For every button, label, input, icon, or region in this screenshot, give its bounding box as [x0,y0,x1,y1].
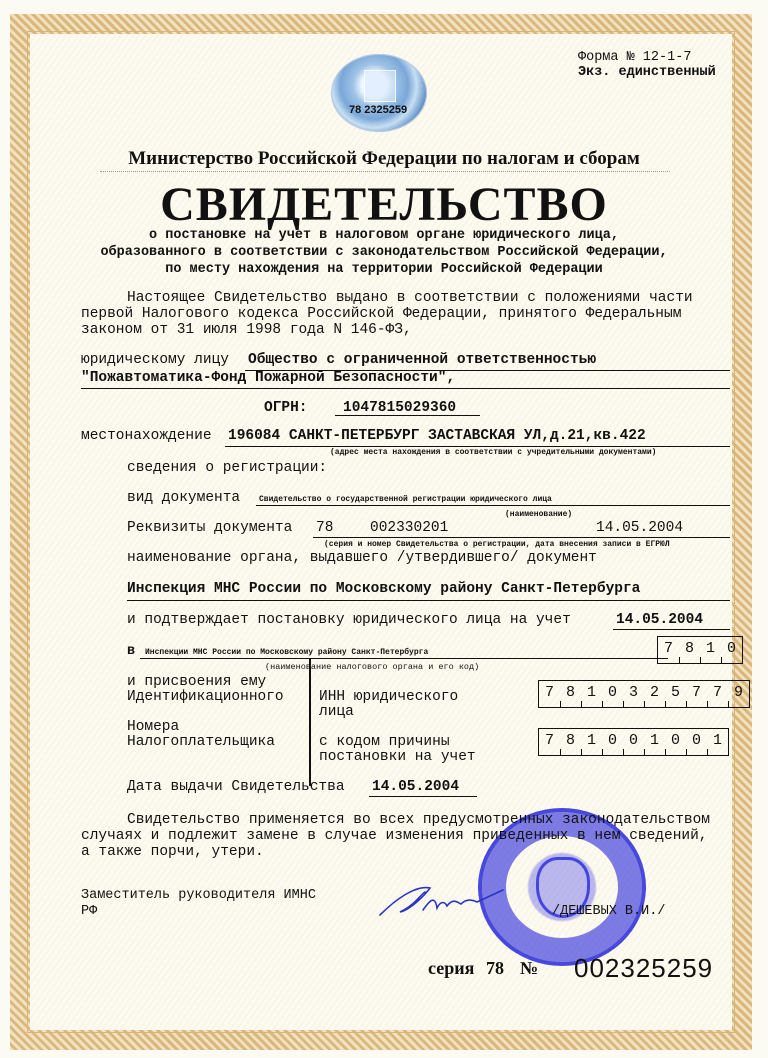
inn-digit: 7 [707,681,728,707]
tax-office-code-digit: 8 [679,637,700,663]
series-value: 78 [486,958,504,979]
state-emblem-icon [364,70,396,102]
intro-line-2: первой Налогового кодекса Российской Фед… [81,306,681,322]
issue-date: 14.05.2004 [372,779,459,795]
tax-office-prefix: в [127,644,135,659]
confirmation-date: 14.05.2004 [616,612,703,628]
inn-digit: 8 [560,681,581,707]
inn-digit: 2 [644,681,665,707]
doc-type-underline [256,505,730,506]
kpp-digit: 7 [539,729,560,755]
handwritten-signature-icon [375,880,505,920]
inn-label-line-1: ИНН юридического [319,689,458,705]
registration-heading: сведения о регистрации: [127,460,327,476]
serial-number: 002325259 [574,953,713,984]
kpp-digit: 1 [644,729,665,755]
kpp-label-line-1: с кодом причины [319,734,450,750]
usage-line-3: а также порчи, утери. [81,844,264,860]
tax-office-caption: (наименование налогового органа и его ко… [265,662,479,672]
requisites-number: 002330201 [370,520,448,536]
ministry-divider [100,171,670,172]
assignment-left-4: Номера [127,719,179,735]
intro-line-3: законом от 31 июля 1998 года N 146-ФЗ, [81,322,412,338]
issue-label: Дата выдачи Свидетельства [127,779,345,795]
copy-label: Экз. единственный [578,65,716,80]
tax-office-code-box: 7810 [657,636,743,664]
inn-digit: 0 [602,681,623,707]
entity-label: юридическому лицу [81,352,229,368]
inn-box: 7810325779 [538,680,750,708]
inn-label-line-2: лица [319,704,354,720]
kpp-digit: 1 [707,729,728,755]
issuer-underline [127,600,730,601]
series-label: серия [428,958,474,979]
form-number: Форма № 12-1-7 [578,50,691,65]
signatory-title-line-1: Заместитель руководителя ИМНС [81,888,316,903]
signatory-title-line-2: РФ [81,904,97,919]
document-title: СВИДЕТЕЛЬСТВО [0,177,768,232]
usage-line-1: Свидетельство применяется во всех предус… [127,812,710,828]
inn-digit: 3 [623,681,644,707]
assignment-left-5: Налогоплательщика [127,734,275,750]
issue-underline [369,796,477,797]
inn-digit: 9 [728,681,749,707]
entity-name-line-2: "Пожавтоматика-Фонд Пожарной Безопасност… [81,370,455,386]
confirmation-text: и подтверждает постановку юридического л… [127,612,571,628]
inn-digit: 1 [581,681,602,707]
subtitle-line-2: образованного в соответствии с законодат… [0,245,768,260]
kpp-digit: 0 [602,729,623,755]
assignment-left-2: Идентификационного [127,689,284,705]
ministry-name: Министерство Российской Федерации по нал… [0,148,768,170]
kpp-digit: 8 [560,729,581,755]
inn-digit: 7 [686,681,707,707]
kpp-digit: 0 [665,729,686,755]
tax-office-name: Инспекции МНС России по Московскому райо… [145,648,428,657]
location-label: местонахождение [81,428,212,444]
tax-office-code-digit: 0 [721,637,742,663]
ogrn-label: ОГРН: [264,400,308,416]
inn-digit: 5 [665,681,686,707]
location-caption: (адрес места нахождения в соответствии с… [330,448,656,457]
assignment-left-1: и присвоения ему [127,674,266,690]
requisites-date: 14.05.2004 [596,520,683,536]
signatory-name: /ДЕШЕВЫХ В.И./ [552,904,665,919]
kpp-box: 781001001 [538,728,729,756]
kpp-label-line-2: постановки на учет [319,749,476,765]
issuer-label: наименование органа, выдавшего /утвердив… [127,550,597,566]
intro-line-1: Настоящее Свидетельство выдано в соответ… [127,290,693,306]
inn-digit: 7 [539,681,560,707]
location-value: 196084 САНКТ-ПЕТЕРБУРГ ЗАСТАВСКАЯ УЛ,д.2… [228,428,646,444]
hologram-seal: 78 2325259 [331,54,427,132]
subtitle-line-3: по месту нахождения на территории Россий… [0,262,768,277]
kpp-digit: 0 [686,729,707,755]
tax-office-code-digit: 1 [700,637,721,663]
kpp-digit: 0 [623,729,644,755]
doc-type-value: Свидетельство о государственной регистра… [259,495,552,504]
confirmation-underline [613,629,730,630]
kpp-digit: 1 [581,729,602,755]
subtitle-line-1: о постановке на учет в налоговом органе … [0,228,768,243]
entity-name-line-1: Общество с ограниченной ответственностью [248,352,596,368]
hologram-number: 78 2325259 [349,104,407,116]
requisites-underline [313,537,730,538]
tax-office-code-digit: 7 [658,637,679,663]
requisites-caption: (серия и номер Свидетельства о регистрац… [324,540,670,549]
assignment-divider [309,659,311,786]
tax-office-underline [140,658,668,659]
ogrn-underline [335,415,480,416]
ogrn-value: 1047815029360 [343,400,456,416]
entity-underline-2 [81,388,730,389]
requisites-label: Реквизиты документа [127,520,292,536]
doc-type-label: вид документа [127,490,240,506]
doc-type-caption: (наименование) [505,510,572,519]
requisites-series: 78 [316,520,333,536]
issuer-value: Инспекция МНС России по Московскому райо… [127,581,640,597]
number-sign: № [520,958,538,979]
location-underline [225,446,730,447]
usage-line-2: случаях и подлежит замене в случае измен… [81,828,708,844]
